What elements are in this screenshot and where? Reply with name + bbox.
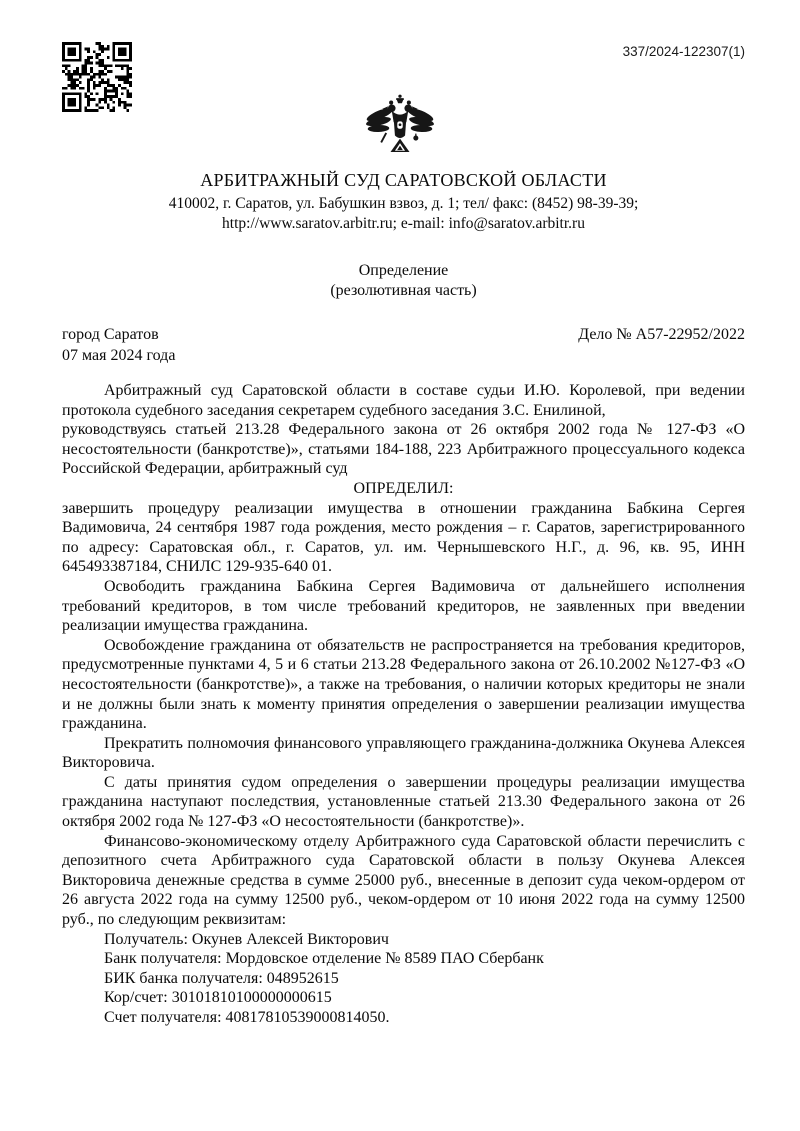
- case-number: Дело № А57-22952/2022: [578, 324, 745, 366]
- case-info-row: город Саратов 07 мая 2024 года Дело № А5…: [62, 324, 745, 366]
- qr-code-icon: [62, 42, 132, 112]
- court-name: АРБИТРАЖНЫЙ СУД САРАТОВСКОЙ ОБЛАСТИ: [62, 170, 745, 191]
- document-number: 337/2024-122307(1): [623, 42, 745, 59]
- document-body: Арбитражный суд Саратовской области в со…: [62, 381, 745, 1028]
- paragraph-consequences: С даты принятия судом определения о заве…: [62, 773, 745, 832]
- court-header: АРБИТРАЖНЫЙ СУД САРАТОВСКОЙ ОБЛАСТИ 4100…: [62, 170, 745, 234]
- requisite-corr-account: Кор/счет: 30101810100000000615: [62, 988, 745, 1008]
- court-address: 410002, г. Саратов, ул. Бабушкин взвоз, …: [62, 194, 745, 214]
- payment-requisites: Получатель: Окунев Алексей Викторович Ба…: [62, 930, 745, 1028]
- requisite-account: Счет получателя: 40817810539000814050.: [62, 1008, 745, 1028]
- paragraph-release-debtor: Освободить гражданина Бабкина Сергея Вад…: [62, 577, 745, 636]
- document-title-block: Определение (резолютивная часть): [62, 261, 745, 301]
- case-date: 07 мая 2024 года: [62, 345, 175, 366]
- paragraph-court-composition: Арбитражный суд Саратовской области в со…: [62, 381, 745, 420]
- requisite-bik: БИК банка получателя: 048952615: [62, 969, 745, 989]
- document-subtitle: (резолютивная часть): [62, 281, 745, 301]
- resolution-heading: ОПРЕДЕЛИЛ:: [62, 479, 745, 499]
- paragraph-complete-procedure: завершить процедуру реализации имущества…: [62, 499, 745, 577]
- paragraph-payment-order: Финансово-экономическому отделу Арбитраж…: [62, 832, 745, 930]
- coat-of-arms-icon: [362, 88, 438, 164]
- requisite-bank: Банк получателя: Мордовское отделение № …: [62, 949, 745, 969]
- paragraph-legal-basis: руководствуясь статьей 213.28 Федерально…: [62, 420, 745, 479]
- case-place-date: город Саратов 07 мая 2024 года: [62, 324, 175, 366]
- requisite-recipient: Получатель: Окунев Алексей Викторович: [62, 930, 745, 950]
- document-page: 337/2024-122307(1): [0, 0, 800, 1131]
- case-city: город Саратов: [62, 324, 175, 345]
- paragraph-terminate-manager: Прекратить полномочия финансового управл…: [62, 734, 745, 773]
- paragraph-release-exceptions: Освобождение гражданина от обязательств …: [62, 636, 745, 734]
- court-contacts: http://www.saratov.arbitr.ru; e-mail: in…: [62, 214, 745, 234]
- document-title: Определение: [62, 261, 745, 281]
